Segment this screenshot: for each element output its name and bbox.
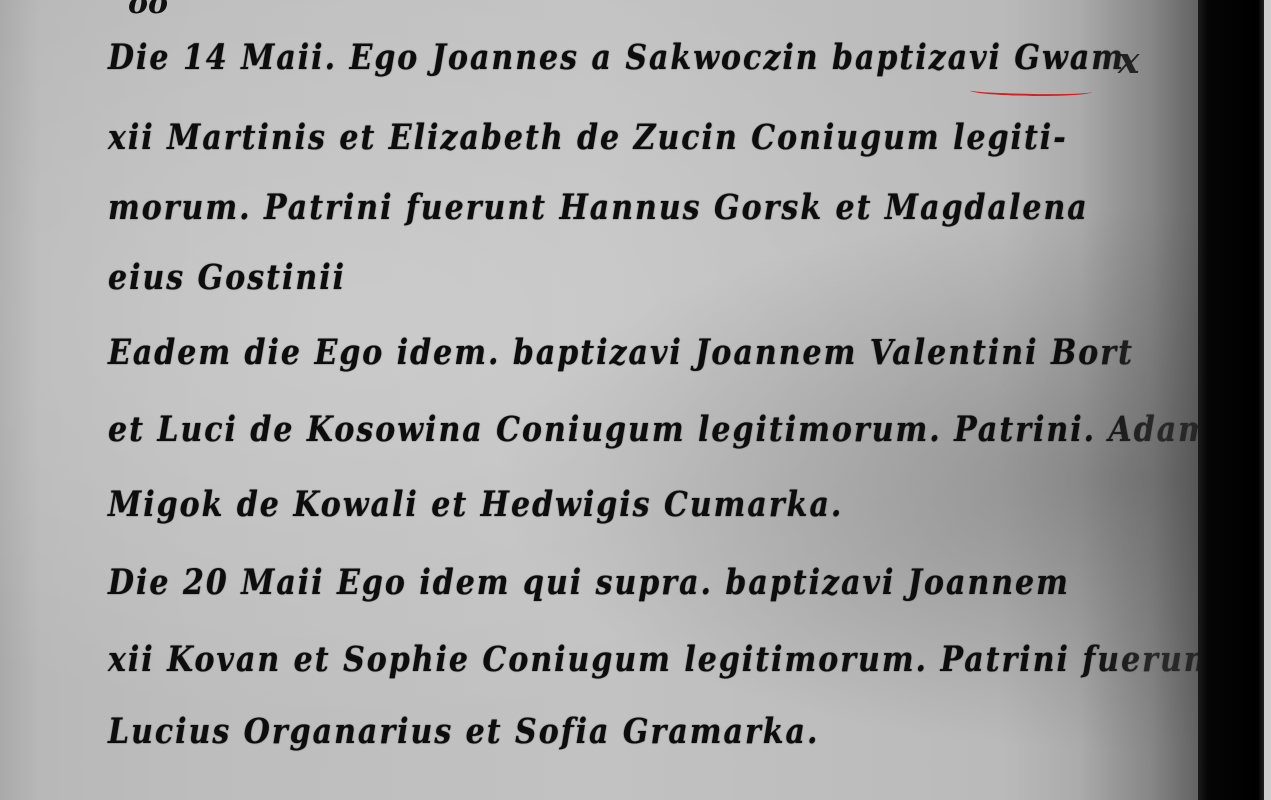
red-underline-annotation — [970, 84, 1092, 97]
manuscript-line-10: Lucius Organarius et Sofia Gramarka. — [108, 712, 819, 752]
top-text-fragment: oo — [128, 0, 168, 21]
manuscript-line-9: xii Kovan et Sophie Coniugum legitimorum… — [108, 640, 1223, 680]
manuscript-line-8: Die 20 Maii Ego idem qui supra. baptizav… — [108, 563, 1070, 603]
scan-edge — [1264, 0, 1271, 800]
manuscript-page: oo Die 14 Maii. Ego Joannes a Sakwoczin … — [0, 0, 1200, 800]
margin-mark: x — [1118, 40, 1139, 82]
book-binding-shadow — [1198, 0, 1264, 800]
manuscript-line-7: Migok de Kowali et Hedwigis Cumarka. — [108, 485, 843, 525]
manuscript-line-4: eius Gostinii — [108, 258, 346, 298]
manuscript-line-1: Die 14 Maii. Ego Joannes a Sakwoczin bap… — [108, 38, 1125, 78]
manuscript-line-3: morum. Patrini fuerunt Hannus Gorsk et M… — [108, 188, 1089, 228]
manuscript-line-2: xii Martinis et Elizabeth de Zucin Coniu… — [108, 118, 1068, 158]
manuscript-line-6: et Luci de Kosowina Coniugum legitimorum… — [108, 410, 1212, 450]
manuscript-line-5: Eadem die Ego idem. baptizavi Joannem Va… — [108, 333, 1134, 373]
